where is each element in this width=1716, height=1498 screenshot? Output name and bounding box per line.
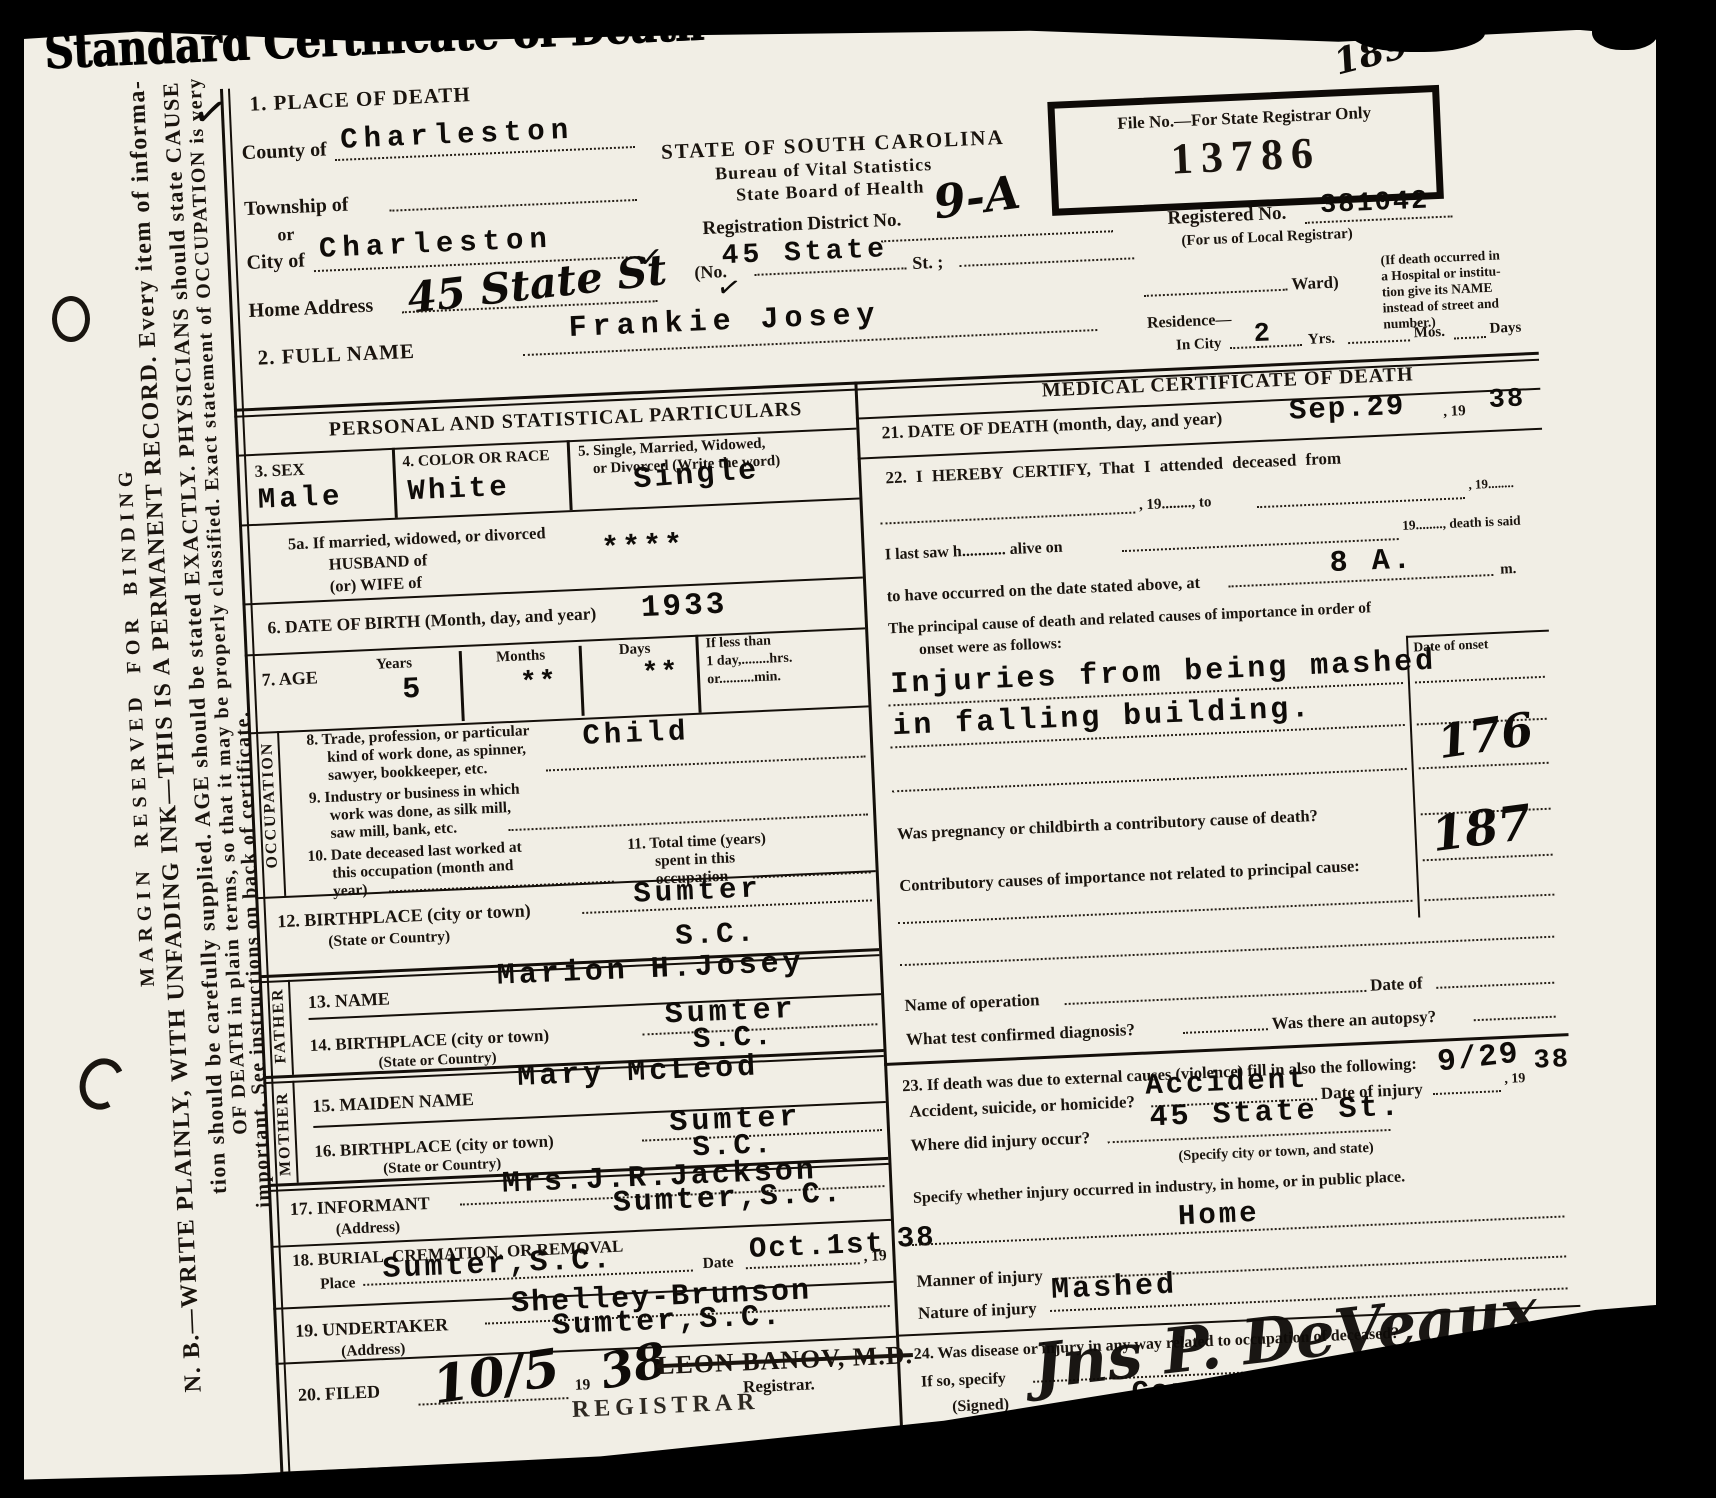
item8-value: Child [582,715,690,753]
checkmark-annotation: ✓ [189,85,232,139]
scan-smudge [1592,12,1658,50]
county-label: County of [241,138,327,165]
dotted-line [1144,289,1288,297]
home-address-label: Home Address [248,295,374,323]
registration-district-value: 9-A [930,165,1023,230]
place-of-death-label: 1. PLACE OF DEATH [249,82,471,117]
registered-label: Registered No. [1167,203,1287,230]
residence-label: Residence— [1147,311,1232,333]
item21-value: Sep.29 [1288,390,1406,428]
cell-divider [567,440,573,510]
test-label: What test confirmed diagnosis? [906,1020,1136,1050]
where-sub-label: (Specify city or town, and state) [1178,1140,1374,1166]
cell-divider [459,651,465,721]
dotted-line [1348,339,1410,344]
age-label: 7. AGE [261,667,318,690]
item18-place-label: Place [320,1274,356,1294]
item10-line3: year) [333,881,368,900]
cell-divider [695,635,701,713]
dotted-line [1454,336,1486,339]
yrs-label: Yrs. [1308,331,1336,349]
less-than-line3: or..........min. [707,669,781,688]
item15-value: Mary McLeod [517,1050,760,1095]
scan-smudge [1350,10,1485,52]
item21-19-label: , 19 [1443,403,1466,421]
registered-number: 381042 [1319,186,1429,221]
item12-label: 12. BIRTHPLACE (city or town) [277,900,531,932]
last-saw-label: I last saw h........... alive on [885,539,1063,565]
occurred-value: 8 A. [1329,543,1414,581]
injury-year-value: 38 [1533,1045,1571,1077]
dotted-line [1474,1016,1556,1022]
or-label: or [277,224,295,246]
item13-value: Marion H.Josey [496,946,805,993]
item13-label: 13. NAME [307,989,390,1014]
race-value: White [407,471,510,508]
registered-sub: (For us of Local Registrar) [1181,226,1353,250]
city-value: Charleston [318,223,553,266]
street-no-value: 45 State [721,234,889,272]
days-label: Days [1489,320,1521,338]
certificate-form: MARGIN RESERVED FOR BINDING N. B.—WRITE … [43,0,1601,1498]
principal-cause-line1: The principal cause of death and related… [888,599,1372,638]
item20-date-value: 10/5 [429,1337,564,1416]
item22-19-end: , 19........ [1468,475,1514,493]
full-name-value: Frankie Josey [568,298,881,346]
industry-value: Home [1177,1197,1260,1234]
dotted-line [892,768,1407,792]
age-years-label: Years [376,655,413,674]
item12-state-value: S.C. [675,916,758,953]
manner-label: Manner of injury [916,1266,1043,1291]
item18-date-label: Date [702,1254,734,1273]
age-days-value: ** [641,658,680,691]
onset-value-2: 187 [1428,794,1535,863]
operation-label: Name of operation [904,990,1040,1016]
scan-edge-right [1656,0,1716,1498]
principal-cause-line2: onset were as follows: [919,635,1063,659]
dotted-line [898,900,1413,924]
street-label: St. ; [912,252,944,274]
item5a-line1: 5a. If married, widowed, or divorced [287,523,546,554]
in-city-label: In City [1176,336,1222,355]
operation-date-label: Date of [1370,973,1423,995]
item5a-line3: (or) WIFE of [329,573,422,597]
less-than-line1: If less than [705,634,771,653]
checkmark-annotation: ✓ [714,269,744,306]
city-label: City of [246,250,305,276]
cell-divider [579,646,585,716]
item17-label: 17. INFORMANT [289,1193,430,1220]
sex-value: Male [257,480,344,517]
injury-19-label: , 19 [1504,1071,1526,1088]
item12-sub: (State or Country) [328,928,451,951]
scan-edge-left [0,0,24,1498]
nature-value: Mashed [1050,1268,1177,1307]
item21-year-value: 38 [1488,384,1526,416]
registrar-stamp: REGISTRAR [571,1389,760,1424]
pregnancy-label: Was pregnancy or childbirth a contributo… [897,806,1319,844]
onset-value-1: 176 [1434,702,1537,770]
father-side-label: FATHER [269,987,290,1064]
item18-19-label: , 19 [863,1247,887,1266]
item14-label: 14. BIRTHPLACE (city or town) [309,1026,549,1056]
dotted-line [1436,982,1554,989]
contributory-label: Contributory causes of importance not re… [899,856,1360,896]
age-months-value: ** [520,667,559,700]
checkmark-annotation: ✓ [636,239,664,276]
column-divider [854,382,904,1449]
item22-19-to: , 19........, to [1139,494,1212,514]
dotted-line [389,199,637,212]
industry-label: Specify whether injury occurred in indus… [913,1168,1406,1207]
item19-label: 19. UNDERTAKER [295,1314,449,1342]
autopsy-label: Was there an autopsy? [1271,1007,1436,1034]
occurred-label: to have occurred on the date stated abov… [886,573,1200,607]
mother-side-label: MOTHER [274,1091,296,1177]
dob-label: 6. DATE OF BIRTH (Month, day, and year) [267,603,597,638]
mos-label: Mos. [1413,324,1445,342]
age-months-label: Months [496,647,546,666]
dotted-line [900,936,1554,967]
dotted-line [546,756,866,772]
item18-year-value: 38 [896,1221,936,1256]
item20-19-label: 19 [574,1376,590,1395]
race-label: 4. COLOR OR RACE [402,447,550,471]
dotted-line [881,230,1113,242]
nature-label: Nature of injury [918,1299,1037,1324]
sex-label: 3. SEX [254,460,305,482]
m-label: m. [1500,561,1517,579]
accident-label: Accident, suicide, or homicide? [909,1092,1136,1122]
dotted-line [1257,497,1465,508]
item16-label: 16. BIRTHPLACE (city or town) [314,1131,554,1161]
cell-divider [392,448,398,518]
item5a-value: **** [601,529,686,567]
dotted-line [1183,1028,1268,1034]
dotted-line [509,813,869,831]
dotted-line [959,257,1134,267]
if-so-label: If so, specify [921,1370,1007,1392]
item21-label: 21. DATE OF DEATH (month, day, and year) [881,408,1223,444]
item17-sub: (Address) [335,1218,400,1239]
ward-label: Ward) [1291,272,1339,294]
item5a-line2: HUSBAND of [328,550,427,574]
less-than-line2: 1 day,........hrs. [706,651,793,671]
death-said-label: 19........, death is said [1402,513,1521,534]
township-label: Township of [244,194,349,222]
in-city-years-value: 2 [1253,319,1272,350]
dotted-line [1424,894,1554,902]
dotted-line [1433,1090,1501,1095]
age-days-label: Days [618,641,650,659]
item20-label: 20. FILED [298,1381,381,1406]
dotted-line [881,512,1136,525]
dotted-line [1065,990,1367,1005]
dob-value: 1933 [640,587,728,626]
full-name-label: 2. FULL NAME [257,339,415,371]
item15-label: 15. MAIDEN NAME [312,1089,474,1117]
where-label: Where did injury occur? [910,1128,1090,1156]
age-years-value: 5 [402,673,423,708]
